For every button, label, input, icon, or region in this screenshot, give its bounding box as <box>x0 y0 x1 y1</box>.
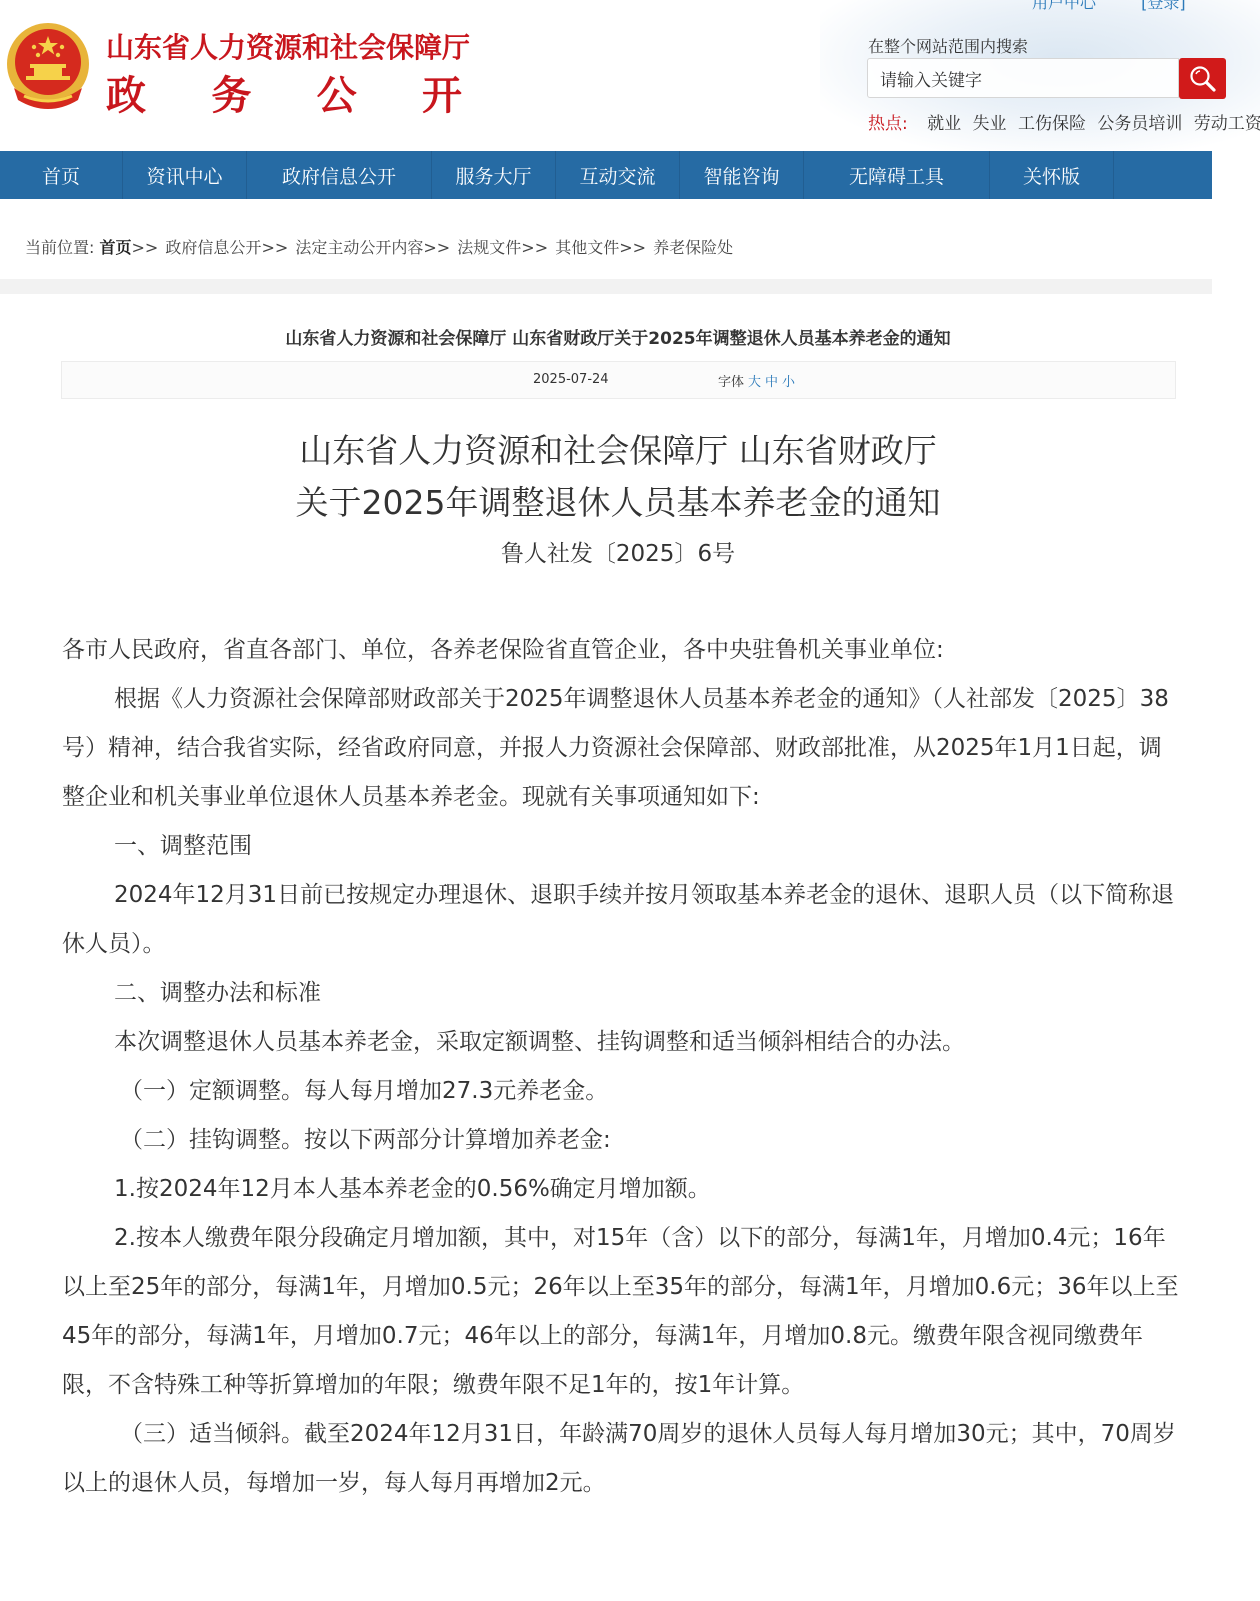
body-paragraph: （三）适当倾斜。截至2024年12月31日，年龄满70周岁的退休人员每人每月增加… <box>62 1410 1180 1508</box>
body-paragraph: 1.按2024年12月本人基本养老金的0.56%确定月增加额。 <box>62 1165 1180 1214</box>
hot-keyword-link[interactable]: 失业 <box>973 114 1007 134</box>
breadcrumb-separator: >> <box>423 238 450 257</box>
hot-keyword-link[interactable]: 劳动工资 <box>1194 114 1260 134</box>
nav-item-interaction[interactable]: 互动交流 <box>556 151 680 199</box>
hot-keyword-link[interactable]: 就业 <box>927 114 961 134</box>
hot-keyword-link[interactable]: 工伤保险 <box>1018 114 1086 134</box>
document-number: 鲁人社发〔2025〕6号 <box>0 535 1236 568</box>
font-size-control: 字体大中小 <box>718 371 795 390</box>
breadcrumb-separator: >> <box>521 238 548 257</box>
body-paragraph: 本次调整退休人员基本养老金，采取定额调整、挂钩调整和适当倾斜相结合的办法。 <box>62 1018 1180 1067</box>
nav-item-gov-info[interactable]: 政府信息公开 <box>247 151 432 199</box>
document-title-line: 关于2025年调整退休人员基本养老金的通知 <box>0 477 1236 529</box>
search-input[interactable]: 请输入关键字 <box>867 58 1179 98</box>
font-size-label: 字体 <box>718 375 744 390</box>
hot-label: 热点: <box>868 114 908 134</box>
breadcrumb-separator: >> <box>261 238 288 257</box>
site-subtitle-char: 开 <box>422 64 462 121</box>
breadcrumb-link[interactable]: 法规文件 <box>457 238 521 257</box>
breadcrumb-link[interactable]: 法定主动公开内容 <box>295 238 423 257</box>
search-button[interactable] <box>1179 58 1226 99</box>
site-subtitle: 政 务 公 开 <box>106 64 462 121</box>
site-subtitle-char: 务 <box>211 64 251 121</box>
breadcrumb-prefix: 当前位置: <box>25 238 94 257</box>
breadcrumb-link-home[interactable]: 首页 <box>100 238 132 257</box>
body-paragraph: 2.按本人缴费年限分段确定月增加额，其中，对15年（含）以下的部分，每满1年，月… <box>62 1214 1180 1410</box>
section-heading: 一、调整范围 <box>62 822 1180 871</box>
publish-date: 2025-07-24 <box>533 372 609 387</box>
document-title-line: 山东省人力资源和社会保障厅 山东省财政厅 <box>0 425 1236 477</box>
breadcrumb-separator: >> <box>132 238 159 257</box>
user-links: 用户中心 [登录] <box>1032 0 1226 13</box>
body-paragraph: 根据《人力资源社会保障部财政部关于2025年调整退休人员基本养老金的通知》（人社… <box>62 675 1180 822</box>
article-header-title: 山东省人力资源和社会保障厅 山东省财政厅关于2025年调整退休人员基本养老金的通… <box>0 324 1236 349</box>
nav-item-service-hall[interactable]: 服务大厅 <box>432 151 556 199</box>
nav-item-home[interactable]: 首页 <box>0 151 123 199</box>
search-icon <box>1188 64 1218 94</box>
breadcrumb-link[interactable]: 养老保险处 <box>653 238 733 257</box>
nav-item-accessibility[interactable]: 无障碍工具 <box>804 151 990 199</box>
search-label: 在整个网站范围内搜索 <box>868 34 1028 57</box>
nav-item-smart-consult[interactable]: 智能咨询 <box>680 151 804 199</box>
hot-keyword-link[interactable]: 公务员培训 <box>1097 114 1182 134</box>
site-subtitle-char: 政 <box>106 64 146 121</box>
nav-filler <box>1114 151 1212 199</box>
section-heading: 二、调整办法和标准 <box>62 969 1180 1018</box>
breadcrumb-link[interactable]: 政府信息公开 <box>165 238 261 257</box>
login-link[interactable]: [登录] <box>1141 0 1186 12</box>
document-body: 各市人民政府，省直各部门、单位，各养老保险省直管企业，各中央驻鲁机关事业单位: … <box>62 626 1180 1508</box>
national-emblem-icon <box>4 20 92 112</box>
site-name: 山东省人力资源和社会保障厅 <box>106 26 470 66</box>
font-size-small-button[interactable]: 小 <box>782 375 795 390</box>
body-paragraph: （二）挂钩调整。按以下两部分计算增加养老金: <box>62 1116 1180 1165</box>
body-paragraph: （一）定额调整。每人每月增加27.3元养老金。 <box>62 1067 1180 1116</box>
section-divider <box>0 279 1212 294</box>
nav-item-news-center[interactable]: 资讯中心 <box>123 151 247 199</box>
salutation: 各市人民政府，省直各部门、单位，各养老保险省直管企业，各中央驻鲁机关事业单位: <box>62 626 1180 675</box>
site-subtitle-char: 公 <box>317 64 357 121</box>
breadcrumb-separator: >> <box>619 238 646 257</box>
article-meta-bar: 2025-07-24 字体大中小 <box>61 361 1176 399</box>
user-center-link[interactable]: 用户中心 <box>1032 0 1096 12</box>
hot-keywords: 热点: 就业 失业 工伤保险 公务员培训 劳动工资 <box>868 109 1260 134</box>
body-paragraph: 2024年12月31日前已按规定办理退休、退职手续并按月领取基本养老金的退休、退… <box>62 871 1180 969</box>
nav-item-elder-mode[interactable]: 关怀版 <box>990 151 1114 199</box>
main-nav: 首页 资讯中心 政府信息公开 服务大厅 互动交流 智能咨询 无障碍工具 关怀版 <box>0 151 1212 199</box>
document-title: 山东省人力资源和社会保障厅 山东省财政厅 关于2025年调整退休人员基本养老金的… <box>0 425 1236 529</box>
font-size-large-button[interactable]: 大 <box>748 375 761 390</box>
font-size-medium-button[interactable]: 中 <box>765 375 778 390</box>
breadcrumb: 当前位置: 首页>> 政府信息公开>> 法定主动公开内容>> 法规文件>> 其他… <box>25 235 733 258</box>
site-header: 山东省人力资源和社会保障厅 政 务 公 开 用户中心 [登录] 在整个网站范围内… <box>0 0 1260 150</box>
breadcrumb-link[interactable]: 其他文件 <box>555 238 619 257</box>
